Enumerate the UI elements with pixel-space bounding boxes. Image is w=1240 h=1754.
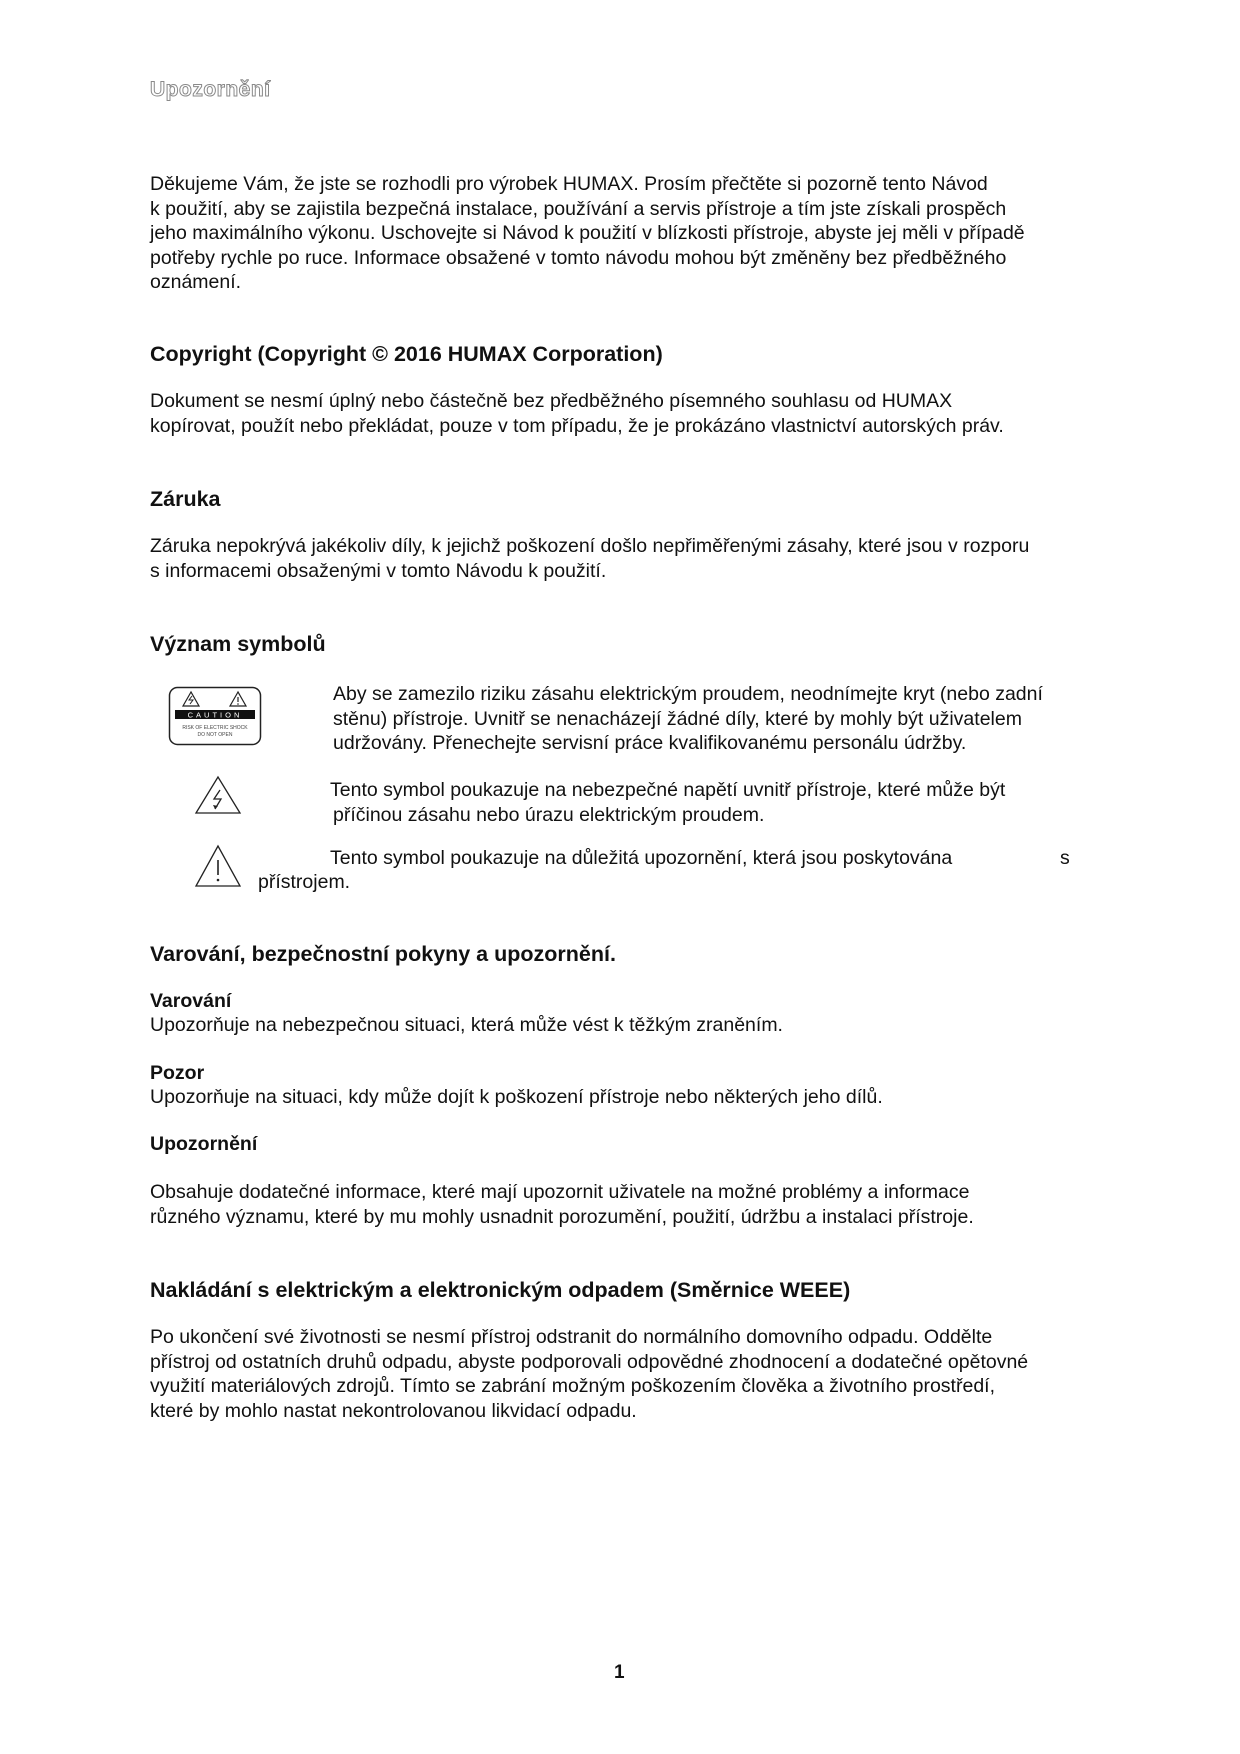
warranty-paragraph: Záruka nepokrývá jakékoliv díly, k jejic… [150, 534, 1110, 583]
intro-paragraph: Děkujeme Vám, že jste se rozhodli pro vý… [150, 172, 1110, 295]
page-number: 1 [614, 1662, 625, 1684]
symbol-description-exclamation-continued: přístrojem. [258, 870, 350, 895]
notice-term-text: Obsahuje dodatečné informace, které mají… [150, 1180, 1110, 1229]
svg-text:RISK OF ELECTRIC SHOCK: RISK OF ELECTRIC SHOCK [182, 725, 248, 731]
copyright-paragraph: Dokument se nesmí úplný nebo částečně be… [150, 389, 1110, 438]
symbol-description-exclamation: Tento symbol poukazuje na důležitá upozo… [330, 846, 952, 871]
symbol-description-exclamation-trailing: s [1060, 846, 1070, 871]
warnings-heading: Varování, bezpečnostní pokyny a upozorně… [150, 942, 616, 967]
symbol-description-lightning: Tento symbol poukazuje na nebezpečné nap… [330, 778, 1005, 827]
caution-label-icon: CAUTION RISK OF ELECTRIC SHOCK DO NOT OP… [168, 686, 262, 746]
weee-paragraph: Po ukončení své životnosti se nesmí přís… [150, 1325, 1110, 1423]
caution-term-title: Pozor [150, 1062, 204, 1085]
exclamation-triangle-icon [194, 844, 242, 888]
warning-term-text: Upozorňuje na nebezpečnou situaci, která… [150, 1013, 1110, 1038]
svg-text:DO NOT OPEN: DO NOT OPEN [198, 732, 233, 738]
page-header-title: Upozornění [150, 78, 271, 102]
notice-term-title: Upozornění [150, 1133, 257, 1156]
svg-text:CAUTION: CAUTION [188, 711, 243, 720]
warning-term-title: Varování [150, 990, 231, 1013]
caution-term-text: Upozorňuje na situaci, kdy může dojít k … [150, 1085, 1110, 1110]
weee-heading: Nakládání s elektrickým a elektronickým … [150, 1278, 850, 1303]
symbol-description-caution: Aby se zamezilo riziku zásahu elektrický… [333, 682, 1043, 756]
lightning-triangle-icon [194, 775, 242, 815]
copyright-heading: Copyright (Copyright © 2016 HUMAX Corpor… [150, 342, 663, 367]
document-page: Upozornění Děkujeme Vám, že jste se rozh… [0, 0, 1240, 1754]
warranty-heading: Záruka [150, 487, 221, 512]
symbols-heading: Význam symbolů [150, 632, 326, 657]
